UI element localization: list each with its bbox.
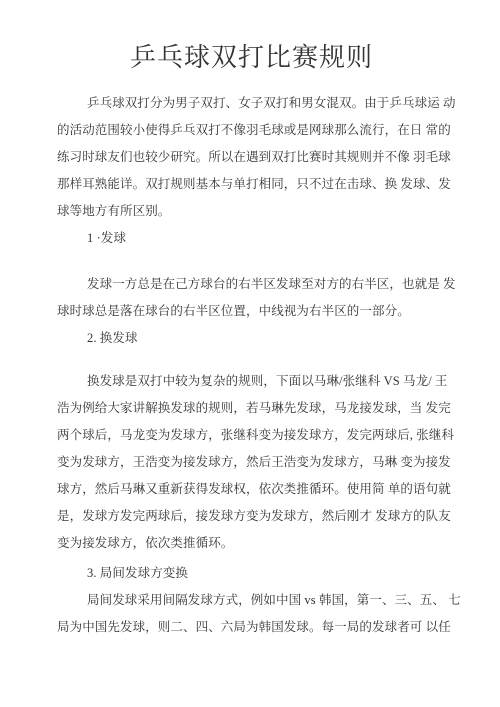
section-paragraph-serve-change: 换发球是双打中较为复杂的规则，下面以马琳/张继科 VS 马龙/ 王 浩为例给大家… <box>57 368 446 557</box>
document-content: 乒乓球双打比赛规则 乒乓球双打分为男子双打、女子双打和男女混双。由于乒乓球运 动… <box>0 0 500 641</box>
text-line: 变为发球方，王浩变为接发球方，然后王浩变为发球方，马琳 变为接发 <box>57 449 446 476</box>
text-line: 练习时球友们也较少研究。所以在遇到双打比赛时其规则并不像 羽毛球 <box>57 144 446 171</box>
section-paragraph-game-serve-rotation: 局间发球采用间隔发球方式，例如中国 vs 韩国，第一、三、五、 七 局为中国先发… <box>57 587 446 641</box>
text-line: 换发球是双打中较为复杂的规则，下面以马琳/张继科 VS 马龙/ 王 <box>57 368 446 395</box>
text-line: 球等地方有所区别。 <box>57 198 446 225</box>
section-heading-serve-change: 2. 换发球 <box>57 325 446 352</box>
text-line: 球时球总是落在球台的右半区位置，中线视为右半区的一部分。 <box>57 298 446 325</box>
text-line: 两个球后，马龙变为发球方，张继科变为接发球方，发完两球后, 张继科 <box>57 422 446 449</box>
text-line: 局为中国先发球，则二、四、六局为韩国发球。每一局的发球者可 以任 <box>57 614 446 641</box>
section-paragraph-serving: 发球一方总是在己方球台的右半区发球至对方的右半区，也就是 发 球时球总是落在球台… <box>57 271 446 325</box>
text-line: 乒乓球双打分为男子双打、女子双打和男女混双。由于乒乓球运 动 <box>57 90 446 117</box>
text-line: 那样耳熟能详。双打规则基本与单打相同，只不过在击球、换 发球、发 <box>57 171 446 198</box>
document-title: 乒乓球双打比赛规则 <box>57 43 446 73</box>
intro-paragraph: 乒乓球双打分为男子双打、女子双打和男女混双。由于乒乓球运 动 的活动范围较小使得… <box>57 90 446 225</box>
text-line: 是，发球方发完两球后，接发球方变为发球方，然后刚才 发球方的队友 <box>57 503 446 530</box>
text-line: 的活动范围较小使得乒乓双打不像羽毛球或是网球那么流行，在日 常的 <box>57 117 446 144</box>
text-line: 变为接发球方，依次类推循环。 <box>57 530 446 557</box>
text-line: 浩为例给大家讲解换发球的规则，若马琳先发球，马龙接发球，当 发完 <box>57 395 446 422</box>
section-heading-game-serve-rotation: 3. 局间发球方变换 <box>57 560 446 587</box>
text-line: 发球一方总是在己方球台的右半区发球至对方的右半区，也就是 发 <box>57 271 446 298</box>
text-line: 局间发球采用间隔发球方式，例如中国 vs 韩国，第一、三、五、 七 <box>57 587 446 614</box>
section-heading-serving: 1 ·发球 <box>57 225 446 252</box>
document-page: 乒乓球双打比赛规则 乒乓球双打分为男子双打、女子双打和男女混双。由于乒乓球运 动… <box>0 0 500 707</box>
text-line: 球方，然后马琳又重新获得发球权，依次类推循环。使用简 单的语句就 <box>57 476 446 503</box>
